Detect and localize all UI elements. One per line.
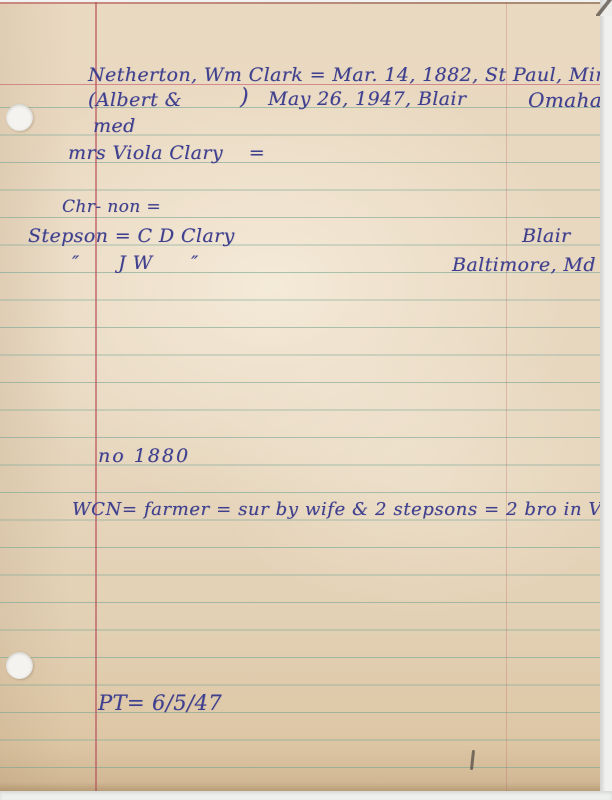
hw-place-omaha: Omaha [528,90,602,110]
scanned-note-page: Netherton, Wm Clark = Mar. 14, 1882, St … [0,0,612,800]
scan-right-strip [600,0,612,800]
hole-punch-top [6,104,33,131]
hw-stepson-line: Stepson = C D Clary [28,227,235,246]
hw-death-date-place: May 26, 1947, Blair [268,90,466,109]
hw-record-date: PT= 6/5/47 [98,693,222,714]
hw-place-baltimore: Baltimore, Md [452,256,596,275]
scan-bottom-strip [0,791,612,800]
top-edge-line [0,2,600,4]
hw-paren-close: ) [240,87,249,109]
hw-census-note: no 1880 [98,447,190,466]
paper-bottom-edge [0,782,600,791]
right-margin-line [506,2,507,791]
hole-punch-bottom [6,652,33,679]
hw-place-blair: Blair [522,227,571,246]
hw-parent-paren-open: (Albert & [88,91,182,110]
page-corner-top-right [596,0,612,16]
hw-subject-birth-line: Netherton, Wm Clark = Mar. 14, 1882, St … [88,66,612,85]
hw-stepson2-ditto-line: ″ J W ″ [72,254,199,273]
hw-children-note: Chr- non = [62,199,161,216]
hw-occupation-med: med [93,117,136,136]
hw-survivors-line: WCN= farmer = sur by wife & 2 stepsons =… [72,501,612,519]
hw-spouse-line: mrs Viola Clary = [68,144,265,163]
